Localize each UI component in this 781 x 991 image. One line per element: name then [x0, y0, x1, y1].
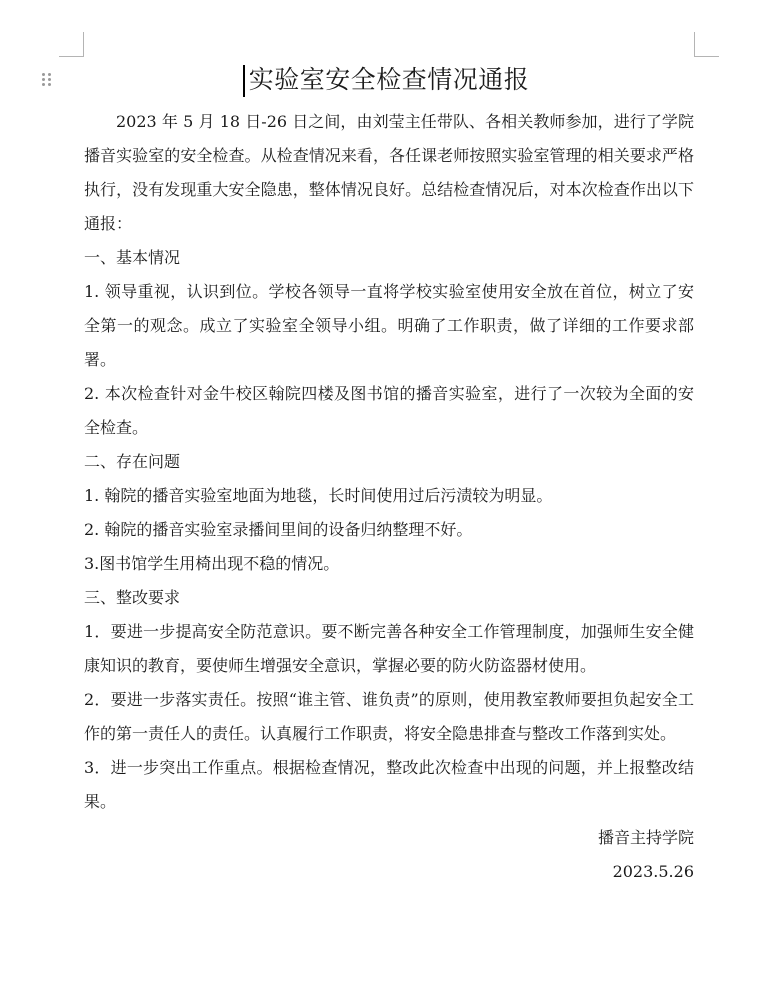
basic-item-1: 1. 领导重视，认识到位。学校各领导一直将学校实验室使用安全放在首位，树立了安全…	[84, 275, 694, 377]
section-heading-issues: 二、存在问题	[84, 445, 694, 479]
document-page[interactable]: 实验室安全检查情况通报 2023 年 5 月 18 日-26 日之间，由刘莹主任…	[84, 60, 694, 889]
section-heading-basic: 一、基本情况	[84, 241, 694, 275]
signature-organization: 播音主持学院	[84, 821, 694, 855]
document-body[interactable]: 2023 年 5 月 18 日-26 日之间，由刘莹主任带队、各相关教师参加，进…	[84, 105, 694, 889]
requirement-item-3: 3．进一步突出工作重点。根据检查情况，整改此次检查中出现的问题，并上报整改结果。	[84, 751, 694, 819]
intro-paragraph: 2023 年 5 月 18 日-26 日之间，由刘莹主任带队、各相关教师参加，进…	[84, 105, 694, 241]
section-heading-requirements: 三、整改要求	[84, 581, 694, 615]
page-margin-corner-top-left	[59, 32, 84, 57]
issue-item-2: 2. 翰院的播音实验室录播间里间的设备归纳整理不好。	[84, 513, 694, 547]
basic-item-2: 2. 本次检查针对金牛校区翰院四楼及图书馆的播音实验室，进行了一次较为全面的安全…	[84, 377, 694, 445]
text-cursor	[243, 65, 245, 97]
document-title-block[interactable]: 实验室安全检查情况通报	[84, 60, 694, 100]
paragraph-drag-handle-icon[interactable]	[42, 73, 52, 87]
issue-item-1: 1. 翰院的播音实验室地面为地毯，长时间使用过后污渍较为明显。	[84, 479, 694, 513]
page-margin-corner-top-right	[694, 32, 719, 57]
signature-date: 2023.5.26	[84, 855, 694, 889]
issue-item-3: 3.图书馆学生用椅出现不稳的情况。	[84, 547, 694, 581]
requirement-item-1: 1．要进一步提高安全防范意识。要不断完善各种安全工作管理制度，加强师生安全健康知…	[84, 615, 694, 683]
document-title: 实验室安全检查情况通报	[249, 65, 530, 94]
requirement-item-2: 2．要进一步落实责任。按照“谁主管、谁负责”的原则，使用教室教师要担负起安全工作…	[84, 683, 694, 751]
